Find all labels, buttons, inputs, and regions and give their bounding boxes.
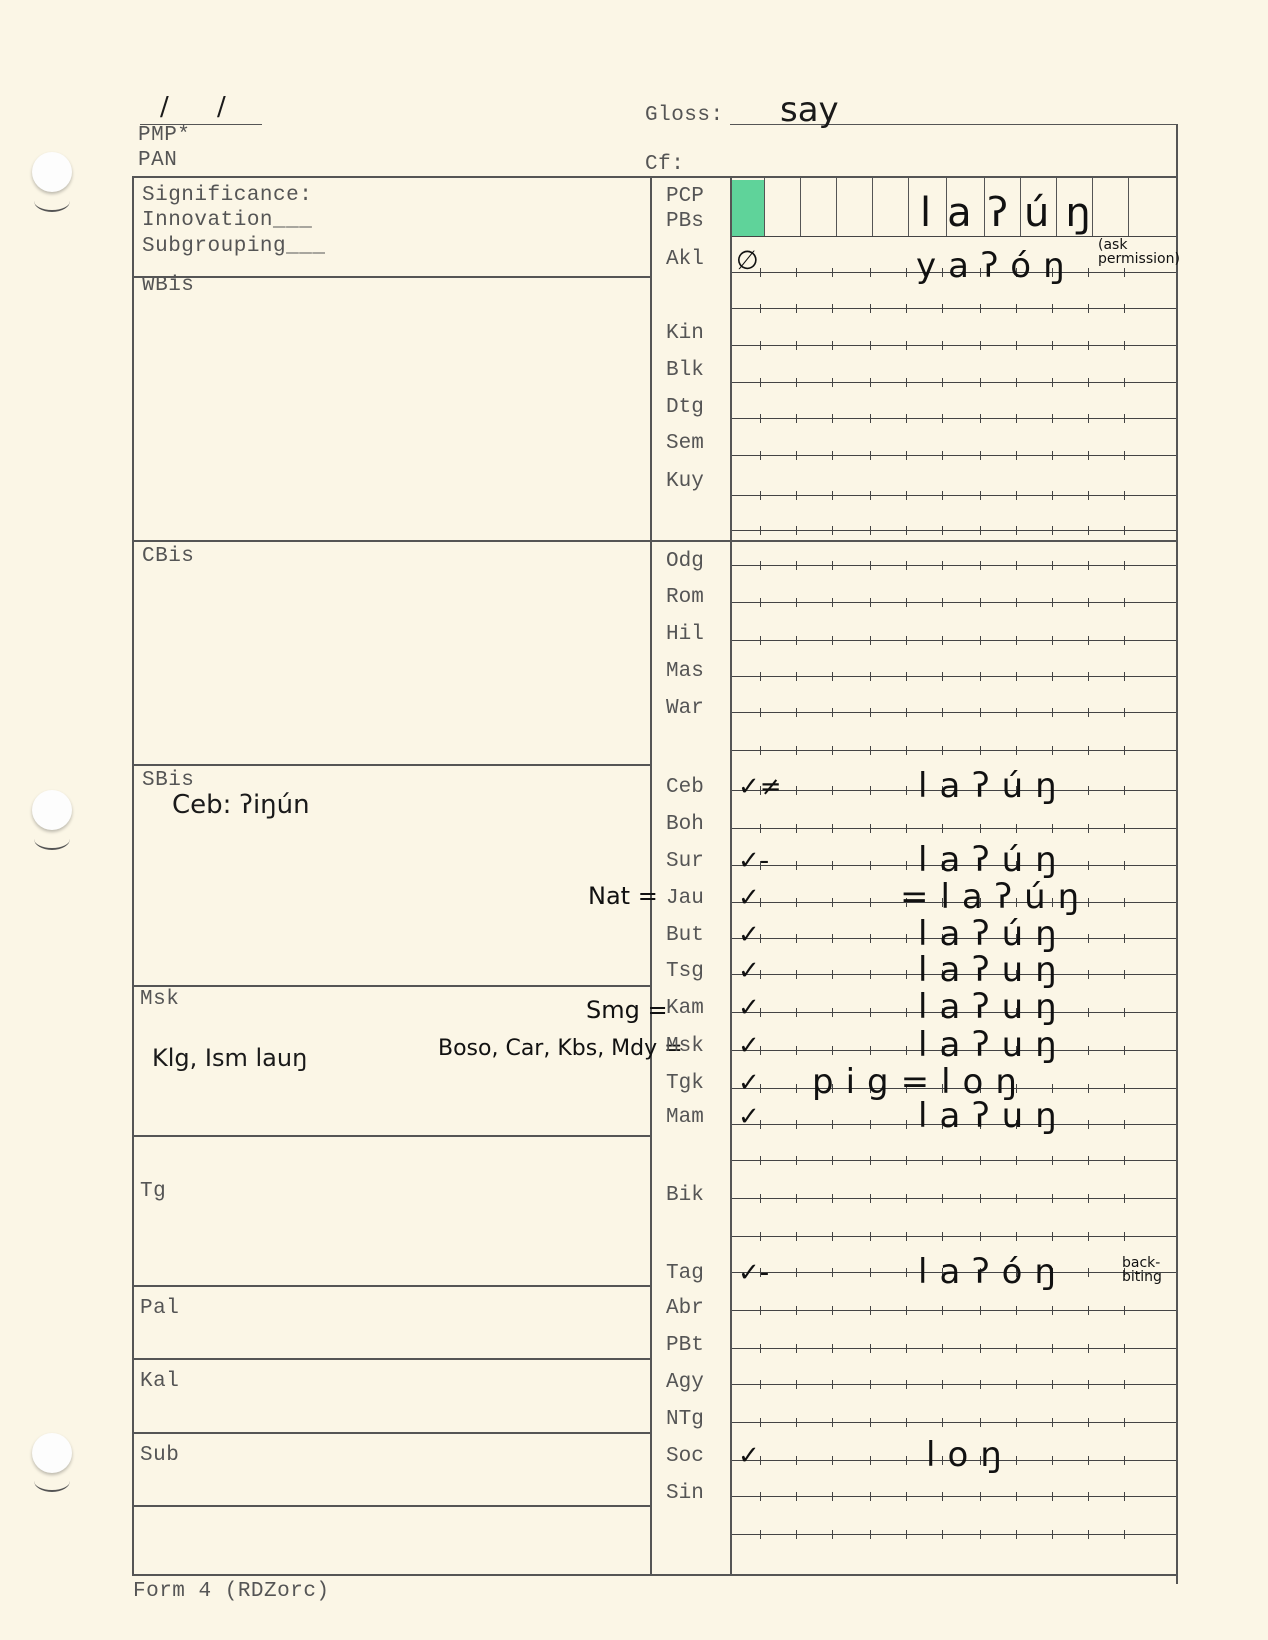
row-tick bbox=[1052, 378, 1053, 387]
row-tick bbox=[870, 1268, 871, 1277]
row-rule bbox=[732, 750, 1176, 751]
row-rule bbox=[732, 1496, 1176, 1497]
row-tick bbox=[1088, 861, 1089, 870]
row-tick bbox=[832, 1232, 833, 1241]
row-tick bbox=[1088, 1344, 1089, 1353]
row-tick bbox=[832, 1268, 833, 1277]
row-tick bbox=[942, 708, 943, 717]
row-rule bbox=[732, 1384, 1176, 1385]
reflex-form-kam[interactable]: laʔuŋ bbox=[918, 987, 1069, 1027]
row-tick bbox=[870, 526, 871, 535]
row-tick bbox=[906, 636, 907, 645]
row-tick bbox=[1088, 1194, 1089, 1203]
row-tick bbox=[942, 746, 943, 755]
row-tick bbox=[980, 636, 981, 645]
row-tick bbox=[796, 970, 797, 979]
row-tick bbox=[1016, 636, 1017, 645]
akl-form: yaʔóŋ bbox=[916, 246, 1077, 286]
side-note-jau: Nat = bbox=[588, 882, 658, 910]
row-tick bbox=[870, 1380, 871, 1389]
lang-label-jau: Jau bbox=[666, 887, 746, 910]
row-tick bbox=[1016, 1530, 1017, 1539]
row-rule bbox=[732, 676, 1176, 677]
cognate-mark-msk[interactable]: ✓ bbox=[738, 1031, 760, 1061]
row-tick bbox=[796, 934, 797, 943]
row-tick bbox=[980, 598, 981, 607]
row-tick bbox=[1016, 341, 1017, 350]
row-tick bbox=[1088, 1046, 1089, 1055]
row-tick bbox=[1124, 304, 1125, 313]
row-tick bbox=[760, 934, 761, 943]
lang-label-rom: Rom bbox=[666, 586, 746, 609]
reflex-form-but[interactable]: laʔúŋ bbox=[918, 914, 1069, 954]
row-tick bbox=[980, 708, 981, 717]
row-tick bbox=[906, 526, 907, 535]
row-tick bbox=[1016, 824, 1017, 833]
row-tick bbox=[796, 1530, 797, 1539]
row-tick bbox=[1124, 1156, 1125, 1165]
section-sub: Sub bbox=[140, 1444, 179, 1467]
row-rule bbox=[732, 1348, 1176, 1349]
row-tick bbox=[1052, 414, 1053, 423]
reflex-form-jau[interactable]: =laʔúŋ bbox=[900, 877, 1091, 917]
row-tick bbox=[1124, 1232, 1125, 1241]
row-tick bbox=[1052, 561, 1053, 570]
row-tick bbox=[942, 1418, 943, 1427]
row-tick bbox=[980, 1530, 981, 1539]
row-tick bbox=[760, 824, 761, 833]
row-tick bbox=[796, 1418, 797, 1427]
row-tick bbox=[906, 451, 907, 460]
row-tick bbox=[1124, 1008, 1125, 1017]
row-tick bbox=[942, 414, 943, 423]
row-tick bbox=[832, 1306, 833, 1315]
row-tick bbox=[906, 561, 907, 570]
cognate-mark-soc[interactable]: ✓ bbox=[738, 1441, 760, 1471]
cognate-mark-but[interactable]: ✓ bbox=[738, 920, 760, 950]
row-tick bbox=[760, 1492, 761, 1501]
row-tick bbox=[1124, 451, 1125, 460]
divider bbox=[132, 1432, 652, 1434]
reflex-form-tag[interactable]: laʔóŋ bbox=[918, 1252, 1068, 1292]
row-tick bbox=[832, 1418, 833, 1427]
section-kal: Kal bbox=[140, 1370, 179, 1393]
column-divider-left bbox=[650, 176, 652, 1576]
row-tick bbox=[760, 598, 761, 607]
row-tick bbox=[832, 934, 833, 943]
row-tick bbox=[906, 1492, 907, 1501]
section-msk: Msk bbox=[140, 988, 179, 1011]
reflex-form-mam[interactable]: laʔuŋ bbox=[918, 1096, 1069, 1136]
row-tick bbox=[832, 786, 833, 795]
row-tick bbox=[1124, 1418, 1125, 1427]
row-tick bbox=[1088, 341, 1089, 350]
row-tick bbox=[870, 598, 871, 607]
binder-hole bbox=[32, 1433, 72, 1473]
row-tick bbox=[760, 451, 761, 460]
row-tick bbox=[1052, 1456, 1053, 1465]
cognate-mark-tgk[interactable]: ✓ bbox=[738, 1068, 760, 1098]
row-tick bbox=[832, 561, 833, 570]
row-tick bbox=[1016, 526, 1017, 535]
row-tick bbox=[1088, 1456, 1089, 1465]
lang-label-abr: Abr bbox=[666, 1297, 746, 1320]
row-tick bbox=[870, 1120, 871, 1129]
row-rule bbox=[732, 602, 1176, 603]
row-tick bbox=[870, 1194, 871, 1203]
row-tick bbox=[1124, 824, 1125, 833]
row-tick bbox=[1124, 1194, 1125, 1203]
row-tick bbox=[1088, 672, 1089, 681]
divider bbox=[132, 985, 652, 987]
row-tick bbox=[760, 1156, 761, 1165]
row-tick bbox=[796, 414, 797, 423]
reflex-form-tsg[interactable]: laʔuŋ bbox=[918, 950, 1069, 990]
row-tick bbox=[870, 1418, 871, 1427]
row-tick bbox=[870, 1156, 871, 1165]
row-tick bbox=[906, 1418, 907, 1427]
row-tick bbox=[1088, 1084, 1089, 1093]
row-tick bbox=[980, 672, 981, 681]
row-tick bbox=[1016, 746, 1017, 755]
row-rule bbox=[732, 345, 1176, 346]
row-tick bbox=[870, 561, 871, 570]
row-tick bbox=[1016, 598, 1017, 607]
row-tick bbox=[906, 1120, 907, 1129]
row-tick bbox=[906, 1046, 907, 1055]
row-tick bbox=[760, 970, 761, 979]
lang-label-dtg: Dtg bbox=[666, 396, 746, 419]
row-tick bbox=[1088, 708, 1089, 717]
row-tick bbox=[1016, 672, 1017, 681]
lang-label-boh: Boh bbox=[666, 813, 746, 836]
cognate-mark-mam[interactable]: ✓ bbox=[738, 1102, 760, 1132]
lang-label-sin: Sin bbox=[666, 1482, 746, 1505]
row-tick bbox=[760, 1306, 761, 1315]
section-pal: Pal bbox=[140, 1297, 179, 1320]
gloss-value[interactable]: say bbox=[780, 90, 839, 130]
subgrouping-label[interactable]: Subgrouping___ bbox=[142, 235, 325, 258]
row-tick bbox=[870, 934, 871, 943]
row-tick bbox=[942, 1344, 943, 1353]
row-tick bbox=[1124, 341, 1125, 350]
row-tick bbox=[796, 861, 797, 870]
row-tick bbox=[832, 598, 833, 607]
row-tick bbox=[942, 526, 943, 535]
row-tick bbox=[1052, 636, 1053, 645]
row-tick bbox=[942, 824, 943, 833]
section-sbis: SBis bbox=[142, 769, 194, 792]
row-tick bbox=[796, 491, 797, 500]
row-tick bbox=[870, 1046, 871, 1055]
row-tick bbox=[1052, 1344, 1053, 1353]
divider bbox=[132, 1135, 652, 1137]
row-tick bbox=[760, 304, 761, 313]
row-rule bbox=[732, 1534, 1176, 1535]
row-rule bbox=[732, 712, 1176, 713]
row-tick bbox=[980, 1156, 981, 1165]
row-rule bbox=[732, 418, 1176, 419]
row-tick bbox=[832, 746, 833, 755]
row-tick bbox=[796, 451, 797, 460]
reflex-form-msk[interactable]: laʔuŋ bbox=[918, 1025, 1069, 1065]
row-tick bbox=[1088, 526, 1089, 535]
row-tick bbox=[760, 414, 761, 423]
row-tick bbox=[1088, 1492, 1089, 1501]
row-tick bbox=[870, 304, 871, 313]
row-tick bbox=[1124, 1530, 1125, 1539]
row-tick bbox=[942, 1156, 943, 1165]
row-tick bbox=[980, 1232, 981, 1241]
row-tick bbox=[1052, 672, 1053, 681]
row-tick bbox=[1124, 598, 1125, 607]
row-tick bbox=[832, 451, 833, 460]
reflex-form-ceb[interactable]: laʔúŋ bbox=[918, 766, 1069, 806]
row-tick bbox=[832, 824, 833, 833]
row-tick bbox=[1088, 1268, 1089, 1277]
row-tick bbox=[832, 970, 833, 979]
row-rule bbox=[732, 308, 1176, 309]
row-tick bbox=[870, 708, 871, 717]
row-tick bbox=[796, 1232, 797, 1241]
row-tick bbox=[870, 378, 871, 387]
row-tick bbox=[1016, 491, 1017, 500]
msk-notes: Klg, Ism lauŋ bbox=[152, 1044, 307, 1072]
row-rule bbox=[732, 382, 1176, 383]
row-tick bbox=[1124, 970, 1125, 979]
row-tick bbox=[1124, 1084, 1125, 1093]
row-tick bbox=[906, 268, 907, 277]
row-tick bbox=[1088, 491, 1089, 500]
row-tick bbox=[870, 268, 871, 277]
cf-label: Cf: bbox=[645, 153, 684, 176]
row-tick bbox=[942, 1306, 943, 1315]
row-tick bbox=[906, 934, 907, 943]
row-tick bbox=[796, 786, 797, 795]
row-tick bbox=[870, 1306, 871, 1315]
row-tick bbox=[760, 636, 761, 645]
row-tick bbox=[906, 746, 907, 755]
row-rule bbox=[732, 530, 1176, 531]
row-tick bbox=[942, 378, 943, 387]
row-tick bbox=[980, 824, 981, 833]
row-tick bbox=[796, 1194, 797, 1203]
row-tick bbox=[832, 1492, 833, 1501]
row-tick bbox=[942, 561, 943, 570]
row-tick bbox=[796, 898, 797, 907]
row-tick bbox=[832, 1008, 833, 1017]
row-tick bbox=[906, 824, 907, 833]
lang-label-sem: Sem bbox=[666, 432, 746, 455]
column-divider-right bbox=[730, 176, 732, 1576]
row-rule bbox=[732, 565, 1176, 566]
row-tick bbox=[942, 1194, 943, 1203]
divider bbox=[132, 1285, 652, 1287]
row-tick bbox=[1052, 1194, 1053, 1203]
row-tick bbox=[1088, 636, 1089, 645]
row-rule bbox=[732, 495, 1176, 496]
row-tick bbox=[796, 526, 797, 535]
row-tick bbox=[832, 378, 833, 387]
row-tick bbox=[870, 341, 871, 350]
row-tick bbox=[832, 1344, 833, 1353]
row-rule bbox=[732, 1160, 1176, 1161]
row-tick bbox=[1124, 708, 1125, 717]
row-tick bbox=[1088, 561, 1089, 570]
lang-label-war: War bbox=[666, 697, 746, 720]
lang-label-but: But bbox=[666, 924, 746, 947]
cognate-mark-kam[interactable]: ✓ bbox=[738, 993, 760, 1023]
cognate-mark-tag[interactable]: ✓- bbox=[738, 1258, 769, 1288]
frame-top bbox=[132, 176, 1178, 178]
row-tick bbox=[906, 1268, 907, 1277]
row-tick bbox=[1016, 1456, 1017, 1465]
row-tick bbox=[980, 1194, 981, 1203]
row-tick bbox=[906, 1456, 907, 1465]
lang-label-tsg: Tsg bbox=[666, 960, 746, 983]
lang-label-sur: Sur bbox=[666, 850, 746, 873]
divider bbox=[132, 540, 1178, 542]
row-tick bbox=[832, 526, 833, 535]
row-tick bbox=[906, 1156, 907, 1165]
row-tick bbox=[870, 1232, 871, 1241]
row-tick bbox=[796, 1120, 797, 1129]
form-label: Form 4 (RDZorc) bbox=[133, 1580, 330, 1603]
cognate-mark-tsg[interactable]: ✓ bbox=[738, 956, 760, 986]
row-tick bbox=[760, 708, 761, 717]
lang-label-kuy: Kuy bbox=[666, 470, 746, 493]
row-tick bbox=[870, 1456, 871, 1465]
row-tick bbox=[1052, 1492, 1053, 1501]
row-tick bbox=[906, 672, 907, 681]
row-tick bbox=[942, 1232, 943, 1241]
row-tick bbox=[796, 304, 797, 313]
pmp-label: PMP* bbox=[138, 124, 190, 147]
row-tick bbox=[906, 414, 907, 423]
row-tick bbox=[1124, 268, 1125, 277]
row-tick bbox=[1124, 934, 1125, 943]
row-tick bbox=[980, 414, 981, 423]
cognate-mark-sur[interactable]: ✓- bbox=[738, 846, 769, 876]
row-tick bbox=[796, 672, 797, 681]
row-tick bbox=[1052, 824, 1053, 833]
row-tick bbox=[1088, 1380, 1089, 1389]
row-tick bbox=[796, 1008, 797, 1017]
row-tick bbox=[832, 1120, 833, 1129]
row-tick bbox=[1052, 746, 1053, 755]
row-tick bbox=[796, 268, 797, 277]
row-tick bbox=[1124, 1344, 1125, 1353]
row-tick bbox=[832, 861, 833, 870]
row-tick bbox=[980, 746, 981, 755]
row-tick bbox=[1016, 1344, 1017, 1353]
row-tick bbox=[1016, 451, 1017, 460]
row-tick bbox=[870, 861, 871, 870]
cognate-mark-ceb[interactable]: ✓≠ bbox=[738, 772, 782, 802]
lang-label-soc: Soc bbox=[666, 1445, 746, 1468]
row-tick bbox=[906, 786, 907, 795]
row-tick bbox=[1016, 1418, 1017, 1427]
cell-divider bbox=[1128, 178, 1129, 236]
row-tick bbox=[906, 1380, 907, 1389]
row-tick bbox=[942, 1380, 943, 1389]
row-tick bbox=[832, 1046, 833, 1055]
row-tick bbox=[760, 341, 761, 350]
row-tick bbox=[980, 1418, 981, 1427]
row-rule bbox=[732, 1236, 1176, 1237]
row-tick bbox=[1088, 414, 1089, 423]
row-tick bbox=[870, 746, 871, 755]
row-tick bbox=[796, 598, 797, 607]
row-tick bbox=[760, 1456, 761, 1465]
lang-label-kam: Kam bbox=[666, 997, 746, 1020]
tag-note: back-biting bbox=[1122, 1256, 1178, 1284]
row-tick bbox=[1052, 526, 1053, 535]
row-tick bbox=[796, 378, 797, 387]
cell-divider bbox=[872, 178, 873, 236]
row-tick bbox=[1016, 1156, 1017, 1165]
row-tick bbox=[796, 1268, 797, 1277]
row-tick bbox=[1124, 1046, 1125, 1055]
row-tick bbox=[942, 451, 943, 460]
row-tick bbox=[1124, 561, 1125, 570]
frame-right bbox=[1176, 124, 1178, 1584]
binder-hole bbox=[32, 790, 72, 830]
row-tick bbox=[906, 378, 907, 387]
row-tick bbox=[832, 708, 833, 717]
gloss-label: Gloss: bbox=[645, 104, 724, 127]
row-tick bbox=[1088, 451, 1089, 460]
row-tick bbox=[1124, 746, 1125, 755]
row-tick bbox=[980, 491, 981, 500]
innovation-label[interactable]: Innovation___ bbox=[142, 209, 312, 232]
divider bbox=[132, 764, 652, 766]
row-tick bbox=[942, 304, 943, 313]
row-tick bbox=[760, 526, 761, 535]
row-tick bbox=[906, 491, 907, 500]
lang-label-ntg: NTg bbox=[666, 1408, 746, 1431]
lang-label-mam: Mam bbox=[666, 1106, 746, 1129]
row-tick bbox=[906, 341, 907, 350]
row-tick bbox=[832, 304, 833, 313]
row-tick bbox=[906, 861, 907, 870]
lang-label-pbt: PBt bbox=[666, 1334, 746, 1357]
row-tick bbox=[760, 1046, 761, 1055]
row-tick bbox=[1088, 304, 1089, 313]
row-tick bbox=[832, 268, 833, 277]
row-tick bbox=[942, 598, 943, 607]
reflex-form-soc[interactable]: loŋ bbox=[926, 1435, 1014, 1475]
row-tick bbox=[760, 1344, 761, 1353]
row-tick bbox=[796, 1156, 797, 1165]
row-tick bbox=[1052, 451, 1053, 460]
lang-label-pbs: PBs bbox=[666, 210, 746, 233]
row-tick bbox=[980, 1344, 981, 1353]
cognate-mark-jau[interactable]: ✓ bbox=[738, 883, 760, 913]
lang-label-ceb: Ceb bbox=[666, 776, 746, 799]
pbs-form: laʔúŋ bbox=[920, 190, 1107, 236]
row-tick bbox=[1016, 1232, 1017, 1241]
row-rule bbox=[732, 455, 1176, 456]
row-tick bbox=[832, 898, 833, 907]
row-tick bbox=[906, 970, 907, 979]
row-tick bbox=[1124, 378, 1125, 387]
row-tick bbox=[980, 1492, 981, 1501]
row-tick bbox=[980, 561, 981, 570]
row-tick bbox=[760, 746, 761, 755]
reflex-form-sur[interactable]: laʔúŋ bbox=[918, 840, 1069, 880]
row-tick bbox=[980, 304, 981, 313]
